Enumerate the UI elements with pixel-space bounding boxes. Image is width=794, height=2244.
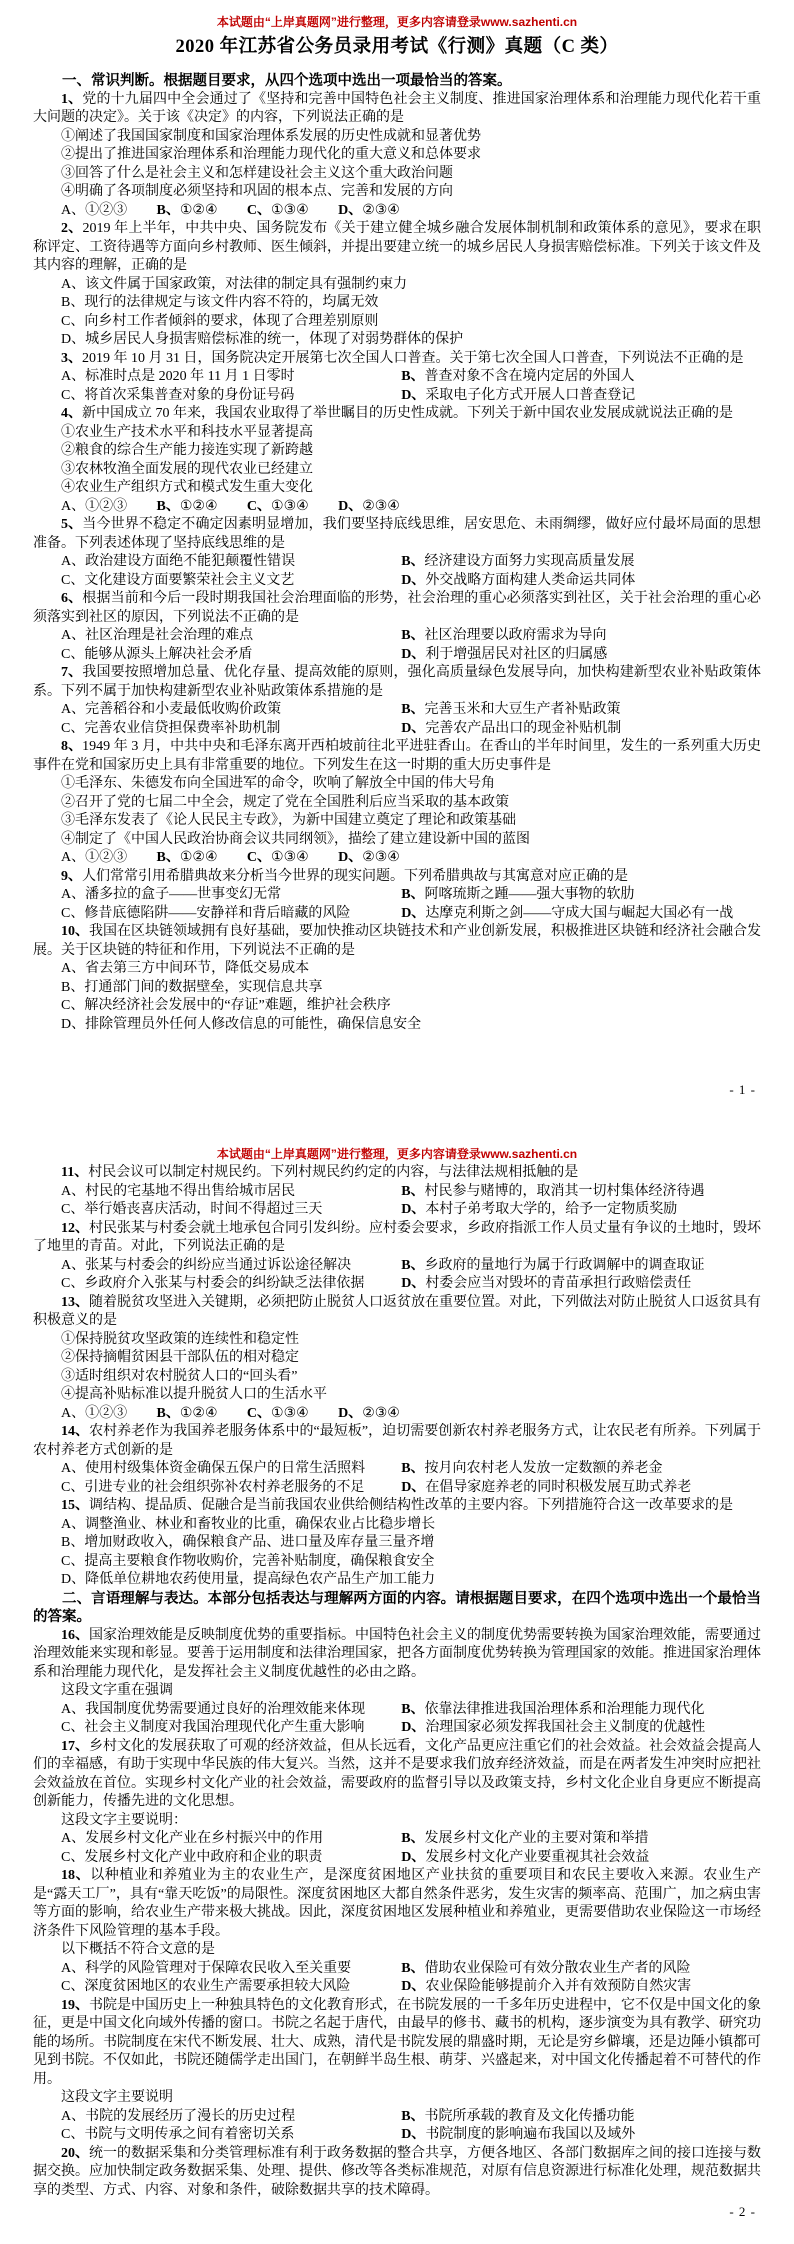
question-number: 19、: [61, 1998, 89, 2013]
question-paragraph: 13、随着脱贫攻坚进入关键期，必须把防止脱贫人口返贫放在重要位置。对此，下列做法…: [33, 1294, 761, 1331]
option-label: B、: [401, 1702, 424, 1717]
option: A、发展乡村文化产业在乡村振兴中的作用: [61, 1830, 376, 1849]
option: D、降低单位耕地农药使用量，提高绿色农产品生产加工能力: [61, 1572, 435, 1587]
option-label: C、: [61, 906, 84, 921]
options-row: D、城乡居民人身损害赔偿标准的统一，体现了对弱势群体的保护: [61, 331, 761, 350]
option-label: A、: [61, 1461, 85, 1476]
option-label: A、: [61, 1961, 85, 1976]
options-row: C、文化建设方面要繁荣社会主义文艺D、外交战略方面构建人类命运共同体: [61, 572, 761, 591]
question-paragraph: 18、以种植业和养殖业为主的农业生产，是深度贫困地区产业扶贫的重要项目和农民主要…: [33, 1867, 761, 1941]
options-row: D、降低单位耕地农药使用量，提高绿色农产品生产加工能力: [61, 1571, 761, 1590]
option-label: B、: [401, 1961, 424, 1976]
option-label: C、: [247, 850, 271, 865]
question-number: 2、: [61, 221, 82, 236]
question-paragraph: 2、2019 年上半年，中共中央、国务院发布《关于建立健全城乡融合发展体制机制和…: [33, 220, 761, 276]
option: A、省去第三方中间环节，降低交易成本: [61, 961, 309, 976]
option: C、完善农业信贷担保费率补助机制: [61, 720, 376, 739]
option-label: C、: [61, 314, 84, 329]
option-label: D、: [61, 332, 85, 347]
option: D、②③④: [338, 202, 400, 221]
option: A、①②③: [61, 498, 127, 517]
option-label: A、: [61, 1831, 85, 1846]
option-label: B、: [401, 2109, 424, 2124]
question-paragraph: 14、农村养老作为我国养老服务体系中的“最短板”，迫切需要创新农村养老服务方式，…: [33, 1423, 761, 1460]
options-row: A、村民的宅基地不得出售给城市居民B、村民参与赌博的，取消其一切村集体经济待遇: [61, 1183, 761, 1202]
option-label: A、: [61, 1184, 85, 1199]
option: C、提高主要粮食作物收购价，完善补贴制度，确保粮食安全: [61, 1554, 434, 1569]
option-label: B、: [61, 980, 84, 995]
option: C、①③④: [247, 849, 309, 868]
stem-line: 这段文字主要说明: [61, 2089, 761, 2108]
stem-line: 这段文字重在强调: [61, 1682, 761, 1701]
option: C、发展乡村文化产业中政府和企业的职责: [61, 1849, 376, 1868]
option: C、引进专业的社会组织弥补农村养老服务的不足: [61, 1479, 376, 1498]
option: B、增加财政收入，确保粮食产品、进口量及库存量三量齐增: [61, 1535, 434, 1550]
sub-item: ①农业生产技术水平和科技水平显著提高: [61, 424, 761, 443]
source-notice: 本试题由“上岸真题网”进行整理，更多内容请登录www.sazhenti.cn: [33, 14, 761, 30]
option: C、书院与文明传承之间有着密切关系: [61, 2126, 376, 2145]
option: D、发展乡村文化产业要重视其社会效益: [401, 1849, 761, 1868]
options-row: C、解决经济社会发展中的“存证”难题，维护社会秩序: [61, 997, 761, 1016]
option: A、社区治理是社会治理的难点: [61, 627, 376, 646]
options-row: C、向乡村工作者倾斜的要求，体现了合理差别原则: [61, 313, 761, 332]
option-label: B、: [157, 1406, 180, 1421]
question-paragraph: 1、党的十九届四中全会通过了《坚持和完善中国特色社会主义制度、推进国家治理体系和…: [33, 91, 761, 128]
options-row: A、书院的发展经历了漫长的历史过程B、书院所承载的教育及文化传播功能: [61, 2108, 761, 2127]
option: B、完善玉米和大豆生产者补贴政策: [401, 701, 761, 720]
question-number: 11、: [61, 1165, 88, 1180]
option: B、借助农业保险可有效分散农业生产者的风险: [401, 1960, 761, 1979]
option-label: D、: [401, 1850, 425, 1865]
option: A、调整渔业、林业和畜牧业的比重，确保农业占比稳步增长: [61, 1517, 435, 1532]
option-label: C、: [61, 647, 84, 662]
question-number: 1、: [61, 92, 82, 107]
question-number: 3、: [61, 351, 82, 366]
options-row: A、张某与村委会的纠纷应当通过诉讼途径解决B、乡政府的量地行为属于行政调解中的调…: [61, 1257, 761, 1276]
option: A、①②③: [61, 1405, 127, 1424]
options-row: A、①②③B、①②④C、①③④D、②③④: [61, 202, 761, 221]
option-label: D、: [338, 850, 362, 865]
options-row: C、社会主义制度对我国治理现代化产生重大影响D、治理国家必须发挥我国社会主义制度…: [61, 1719, 761, 1738]
option-label: C、: [61, 1979, 84, 1994]
question-number: 16、: [61, 1628, 89, 1643]
option-label: A、: [61, 1406, 85, 1421]
option-label: B、: [157, 499, 180, 514]
options-row: C、乡政府介入张某与村委会的纠纷缺乏法律依据D、村委会应当对毁坏的青苗承担行政赔…: [61, 1275, 761, 1294]
option-label: A、: [61, 628, 85, 643]
question-number: 6、: [61, 591, 82, 606]
option-label: A、: [61, 850, 85, 865]
options-row: A、我国制度优势需要通过良好的治理效能来体现B、依靠法律推进我国治理体系和治理能…: [61, 1701, 761, 1720]
option-label: B、: [401, 702, 424, 717]
options-row: A、社区治理是社会治理的难点B、社区治理要以政府需求为导向: [61, 627, 761, 646]
option: A、书院的发展经历了漫长的历史过程: [61, 2108, 376, 2127]
sub-item: ③适时组织对农村脱贫人口的“回头看”: [61, 1368, 761, 1387]
question-number: 10、: [61, 924, 89, 939]
option: C、①③④: [247, 202, 309, 221]
doc-title: 2020 年江苏省公务员录用考试《行测》真题（C 类）: [33, 34, 761, 60]
option: A、该文件属于国家政策，对法律的制定具有强制约束力: [61, 277, 407, 292]
option-label: D、: [338, 499, 362, 514]
sub-item: ④提高补贴标准以提升脱贫人口的生活水平: [61, 1386, 761, 1405]
option: B、乡政府的量地行为属于行政调解中的调查取证: [401, 1257, 761, 1276]
question-paragraph: 20、统一的数据采集和分类管理标准有利于政务数据的整合共享，方便各地区、各部门数…: [33, 2145, 761, 2201]
page-1-content: 一、常识判断。根据题目要求，从四个选项中选出一项最恰当的答案。1、党的十九届四中…: [33, 72, 761, 1034]
options-row: C、修昔底德陷阱——安静祥和背后暗藏的风险D、达摩克利斯之剑——守成大国与崛起大…: [61, 905, 761, 924]
options-row: C、完善农业信贷担保费率补助机制D、完善农产品出口的现金补贴机制: [61, 720, 761, 739]
option-label: B、: [401, 1258, 424, 1273]
option-label: B、: [61, 1535, 84, 1550]
option-label: D、: [401, 1276, 425, 1291]
option-label: C、: [247, 1406, 271, 1421]
option: D、②③④: [338, 1405, 400, 1424]
option-label: A、: [61, 277, 85, 292]
option-label: B、: [401, 554, 424, 569]
source-notice: 本试题由“上岸真题网”进行整理，更多内容请登录www.sazhenti.cn: [33, 1146, 761, 1162]
question-paragraph: 15、调结构、提品质、促融合是当前我国农业供给侧结构性改革的主要内容。下列措施符…: [33, 1497, 761, 1516]
question-number: 13、: [61, 1295, 89, 1310]
option: B、打通部门间的数据壁垒，实现信息共享: [61, 980, 322, 995]
option-label: B、: [157, 850, 180, 865]
options-row: A、完善稻谷和小麦最低收购价政策B、完善玉米和大豆生产者补贴政策: [61, 701, 761, 720]
option: A、张某与村委会的纠纷应当通过诉讼途径解决: [61, 1257, 376, 1276]
option: C、解决经济社会发展中的“存证”难题，维护社会秩序: [61, 998, 391, 1013]
option-label: A、: [61, 702, 85, 717]
option-label: A、: [61, 2109, 85, 2124]
option: B、按月向农村老人发放一定数额的养老金: [401, 1460, 761, 1479]
sub-item: ②粮食的综合生产能力接连实现了新跨越: [61, 442, 761, 461]
option-label: D、: [61, 1572, 85, 1587]
stem-line: 这段文字主要说明：: [61, 1812, 761, 1831]
option-label: A、: [61, 369, 85, 384]
page-number: - 2 -: [729, 2204, 756, 2220]
options-row: A、标准时点是 2020 年 11 月 1 日零时B、普查对象不含在境内定居的外…: [61, 368, 761, 387]
option-label: C、: [61, 1850, 84, 1865]
option: D、在倡导家庭养老的同时积极发展互助式养老: [401, 1479, 761, 1498]
question-paragraph: 8、1949 年 3 月，中共中央和毛泽东离开西柏坡前往北平进驻香山。在香山的半…: [33, 738, 761, 775]
options-row: B、增加财政收入，确保粮食产品、进口量及库存量三量齐增: [61, 1534, 761, 1553]
option: A、①②③: [61, 849, 127, 868]
options-row: A、该文件属于国家政策，对法律的制定具有强制约束力: [61, 276, 761, 295]
option-label: B、: [157, 203, 180, 218]
option-label: C、: [61, 573, 84, 588]
stem-line: 以下概括不符合文意的是: [61, 1941, 761, 1960]
page-number: - 1 -: [729, 1082, 756, 1098]
option: A、标准时点是 2020 年 11 月 1 日零时: [61, 368, 376, 387]
options-row: A、政治建设方面绝不能犯颠覆性错误B、经济建设方面努力实现高质量发展: [61, 553, 761, 572]
option-label: C、: [247, 499, 271, 514]
option: D、排除管理员外任何人修改信息的可能性，确保信息安全: [61, 1017, 421, 1032]
option: C、①③④: [247, 1405, 309, 1424]
option-label: D、: [401, 647, 425, 662]
sub-item: ①毛泽东、朱德发布向全国进军的命令，吹响了解放全中国的伟大号角: [61, 775, 761, 794]
sub-item: ③毛泽东发表了《论人民民主专政》，为新中国建立奠定了理论和政策基础: [61, 812, 761, 831]
option-label: A、: [61, 1517, 85, 1532]
option: C、能够从源头上解决社会矛盾: [61, 646, 376, 665]
option: B、阿喀琉斯之踵——强大事物的软肋: [401, 886, 761, 905]
options-row: C、深度贫困地区的农业生产需要承担较大风险D、农业保险能够提前介入并有效预防自然…: [61, 1978, 761, 1997]
option: D、城乡居民人身损害赔偿标准的统一，体现了对弱势群体的保护: [61, 332, 463, 347]
section-heading: 一、常识判断。根据题目要求，从四个选项中选出一项最恰当的答案。: [33, 72, 761, 91]
question-number: 7、: [61, 665, 82, 680]
option-label: D、: [401, 2127, 425, 2142]
question-number: 8、: [61, 739, 82, 754]
options-row: B、打通部门间的数据壁垒，实现信息共享: [61, 979, 761, 998]
sub-item: ②保持摘帽贫困县干部队伍的相对稳定: [61, 1349, 761, 1368]
option: D、本村子弟考取大学的，给予一定物质奖励: [401, 1201, 761, 1220]
option-label: B、: [401, 628, 424, 643]
question-paragraph: 3、2019 年 10 月 31 日，国务院决定开展第七次全国人口普查。关于第七…: [33, 350, 761, 369]
option: C、举行婚丧喜庆活动，时间不得超过三天: [61, 1201, 376, 1220]
options-row: A、①②③B、①②④C、①③④D、②③④: [61, 1405, 761, 1424]
option: C、向乡村工作者倾斜的要求，体现了合理差别原则: [61, 314, 378, 329]
option-label: D、: [401, 1979, 425, 1994]
question-paragraph: 19、书院是中国历史上一种独具特色的文化教育形式，在书院发展的一千多年历史进程中…: [33, 1997, 761, 2090]
option: D、②③④: [338, 498, 400, 517]
options-row: A、①②③B、①②④C、①③④D、②③④: [61, 849, 761, 868]
option-label: D、: [401, 1720, 425, 1735]
option-label: D、: [401, 388, 425, 403]
sub-item: ②提出了推进国家治理体系和治理能力现代化的重大意义和总体要求: [61, 146, 761, 165]
option: D、达摩克利斯之剑——守成大国与崛起大国必有一战: [401, 905, 761, 924]
option: B、普查对象不含在境内定居的外国人: [401, 368, 761, 387]
options-row: A、省去第三方中间环节，降低交易成本: [61, 960, 761, 979]
question-number: 18、: [61, 1868, 90, 1883]
options-row: C、引进专业的社会组织弥补农村养老服务的不足D、在倡导家庭养老的同时积极发展互助…: [61, 1479, 761, 1498]
option-label: C、: [61, 1202, 84, 1217]
option-label: C、: [61, 1276, 84, 1291]
option: D、采取电子化方式开展人口普查登记: [401, 387, 761, 406]
option: B、依靠法律推进我国治理体系和治理能力现代化: [401, 1701, 761, 1720]
question-paragraph: 12、村民张某与村委会就土地承包合同引发纠纷。应村委会要求，乡政府指派工作人员丈…: [33, 1220, 761, 1257]
option-label: D、: [401, 573, 425, 588]
option: C、乡政府介入张某与村委会的纠纷缺乏法律依据: [61, 1275, 376, 1294]
option: D、利于增强居民对社区的归属感: [401, 646, 761, 665]
options-row: A、科学的风险管理对于保障农民收入至关重要B、借助农业保险可有效分散农业生产者的…: [61, 1960, 761, 1979]
option: C、深度贫困地区的农业生产需要承担较大风险: [61, 1978, 376, 1997]
sub-item: ③农林牧渔全面发展的现代农业已经建立: [61, 461, 761, 480]
question-number: 12、: [61, 1221, 89, 1236]
option-label: A、: [61, 499, 85, 514]
option: B、①②④: [157, 849, 218, 868]
option-label: D、: [401, 906, 425, 921]
option: C、修昔底德陷阱——安静祥和背后暗藏的风险: [61, 905, 376, 924]
section-heading: 二、言语理解与表达。本部分包括表达与理解两方面的内容。请根据题目要求，在四个选项…: [33, 1590, 761, 1627]
question-paragraph: 9、人们常常引用希腊典故来分析当今世界的现实问题。下列希腊典故与其寓意对应正确的…: [33, 868, 761, 887]
question-number: 17、: [61, 1739, 89, 1754]
options-row: A、①②③B、①②④C、①③④D、②③④: [61, 498, 761, 517]
options-row: C、发展乡村文化产业中政府和企业的职责D、发展乡村文化产业要重视其社会效益: [61, 1849, 761, 1868]
options-row: A、潘多拉的盒子——世事变幻无常B、阿喀琉斯之踵——强大事物的软肋: [61, 886, 761, 905]
options-row: C、书院与文明传承之间有着密切关系D、书院制度的影响遍布我国以及域外: [61, 2126, 761, 2145]
options-row: C、提高主要粮食作物收购价，完善补贴制度，确保粮食安全: [61, 1553, 761, 1572]
options-row: A、发展乡村文化产业在乡村振兴中的作用B、发展乡村文化产业的主要对策和举措: [61, 1830, 761, 1849]
option-label: D、: [401, 721, 425, 736]
option-label: A、: [61, 203, 85, 218]
option-label: B、: [401, 1461, 424, 1476]
options-row: C、能够从源头上解决社会矛盾D、利于增强居民对社区的归属感: [61, 646, 761, 665]
option-label: D、: [61, 1017, 85, 1032]
option: B、书院所承载的教育及文化传播功能: [401, 2108, 761, 2127]
option: B、村民参与赌博的，取消其一切村集体经济待遇: [401, 1183, 761, 1202]
option: B、①②④: [157, 1405, 218, 1424]
question-number: 9、: [61, 869, 82, 884]
exam-page-2: 本试题由“上岸真题网”进行整理，更多内容请登录www.sazhenti.cn 1…: [0, 1122, 794, 2244]
options-row: A、使用村级集体资金确保五保户的日常生活照料B、按月向农村老人发放一定数额的养老…: [61, 1460, 761, 1479]
sub-item: ②召开了党的七届二中全会，规定了党在全国胜利后应当采取的基本政策: [61, 794, 761, 813]
option: D、村委会应当对毁坏的青苗承担行政赔偿责任: [401, 1275, 761, 1294]
option-label: B、: [401, 887, 424, 902]
question-number: 5、: [61, 517, 82, 532]
option-label: B、: [401, 1831, 424, 1846]
exam-page-1: 本试题由“上岸真题网”进行整理，更多内容请登录www.sazhenti.cn 2…: [0, 0, 794, 1122]
sub-item: ③回答了什么是社会主义和怎样建设社会主义这个重大政治问题: [61, 165, 761, 184]
question-number: 4、: [61, 406, 82, 421]
question-paragraph: 4、新中国成立 70 年来，我国农业取得了举世瞩目的历史性成就。下列关于新中国农…: [33, 405, 761, 424]
question-paragraph: 16、国家治理效能是反映制度优势的重要指标。中国特色社会主义的制度优势需要转换为…: [33, 1627, 761, 1683]
option-label: C、: [61, 721, 84, 736]
question-number: 15、: [61, 1498, 89, 1513]
question-number: 20、: [61, 2146, 89, 2161]
option: D、书院制度的影响遍布我国以及域外: [401, 2126, 761, 2145]
sub-item: ④制定了《中国人民政治协商会议共同纲领》，描绘了建立建设新中国的蓝图: [61, 831, 761, 850]
option-label: C、: [61, 1480, 84, 1495]
option-label: C、: [61, 1554, 84, 1569]
option-label: B、: [401, 1184, 424, 1199]
question-paragraph: 11、村民会议可以制定村规民约。下列村规民约约定的内容，与法律法规相抵触的是: [33, 1164, 761, 1183]
option-label: C、: [61, 388, 84, 403]
option: A、政治建设方面绝不能犯颠覆性错误: [61, 553, 376, 572]
option: C、将首次采集普查对象的身份证号码: [61, 387, 376, 406]
option-label: B、: [401, 369, 424, 384]
question-paragraph: 6、根据当前和今后一段时期我国社会治理面临的形势，社会治理的重心必须落实到社区，…: [33, 590, 761, 627]
option: D、农业保险能够提前介入并有效预防自然灾害: [401, 1978, 761, 1997]
option: A、村民的宅基地不得出售给城市居民: [61, 1183, 376, 1202]
options-row: B、现行的法律规定与该文件内容不符的，均属无效: [61, 294, 761, 313]
option: A、①②③: [61, 202, 127, 221]
sub-item: ④农业生产组织方式和模式发生重大变化: [61, 479, 761, 498]
option-label: D、: [401, 1202, 425, 1217]
option: B、发展乡村文化产业的主要对策和举措: [401, 1830, 761, 1849]
option: B、①②④: [157, 498, 218, 517]
option: A、科学的风险管理对于保障农民收入至关重要: [61, 1960, 376, 1979]
question-paragraph: 17、乡村文化的发展获取了可观的经济效益，但从长远看，文化产品更应注重它们的社会…: [33, 1738, 761, 1812]
option: A、使用村级集体资金确保五保户的日常生活照料: [61, 1460, 376, 1479]
question-paragraph: 5、当今世界不稳定不确定因素明显增加，我们要坚持底线思维，居安思危、未雨绸缪，做…: [33, 516, 761, 553]
option: C、社会主义制度对我国治理现代化产生重大影响: [61, 1719, 376, 1738]
option-label: D、: [338, 1406, 362, 1421]
option: C、文化建设方面要繁荣社会主义文艺: [61, 572, 376, 591]
question-number: 14、: [61, 1424, 89, 1439]
option: C、①③④: [247, 498, 309, 517]
options-row: D、排除管理员外任何人修改信息的可能性，确保信息安全: [61, 1016, 761, 1035]
option-label: D、: [401, 1480, 425, 1495]
option-label: A、: [61, 1258, 85, 1273]
option: D、完善农产品出口的现金补贴机制: [401, 720, 761, 739]
sub-item: ①保持脱贫攻坚政策的连续性和稳定性: [61, 1331, 761, 1350]
sub-item: ①阐述了我国国家制度和国家治理体系发展的历史性成就和显著优势: [61, 128, 761, 147]
option-label: A、: [61, 1702, 85, 1717]
option-label: A、: [61, 887, 85, 902]
question-paragraph: 10、我国在区块链领域拥有良好基础，要加快推动区块链技术和产业创新发展，积极推进…: [33, 923, 761, 960]
options-row: C、举行婚丧喜庆活动，时间不得超过三天D、本村子弟考取大学的，给予一定物质奖励: [61, 1201, 761, 1220]
option-label: C、: [247, 203, 271, 218]
sub-item: ④明确了各项制度必须坚持和巩固的根本点、完善和发展的方向: [61, 183, 761, 202]
option-label: A、: [61, 961, 85, 976]
page-2-content: 11、村民会议可以制定村规民约。下列村规民约约定的内容，与法律法规相抵触的是A、…: [33, 1164, 761, 2200]
option-label: B、: [61, 295, 84, 310]
option: D、②③④: [338, 849, 400, 868]
option-label: C、: [61, 2127, 84, 2142]
option: B、经济建设方面努力实现高质量发展: [401, 553, 761, 572]
option: B、现行的法律规定与该文件内容不符的，均属无效: [61, 295, 378, 310]
option: D、治理国家必须发挥我国社会主义制度的优越性: [401, 1719, 761, 1738]
option-label: D、: [338, 203, 362, 218]
option-label: C、: [61, 1720, 84, 1735]
option: D、外交战略方面构建人类命运共同体: [401, 572, 761, 591]
option: A、我国制度优势需要通过良好的治理效能来体现: [61, 1701, 376, 1720]
question-paragraph: 7、我国要按照增加总量、优化存量、提高效能的原则，强化高质量绿色发展导向，加快构…: [33, 664, 761, 701]
option: B、社区治理要以政府需求为导向: [401, 627, 761, 646]
option-label: A、: [61, 554, 85, 569]
options-row: C、将首次采集普查对象的身份证号码D、采取电子化方式开展人口普查登记: [61, 387, 761, 406]
option-label: C、: [61, 998, 84, 1013]
option: B、①②④: [157, 202, 218, 221]
options-row: A、调整渔业、林业和畜牧业的比重，确保农业占比稳步增长: [61, 1516, 761, 1535]
option: A、完善稻谷和小麦最低收购价政策: [61, 701, 376, 720]
option: A、潘多拉的盒子——世事变幻无常: [61, 886, 376, 905]
